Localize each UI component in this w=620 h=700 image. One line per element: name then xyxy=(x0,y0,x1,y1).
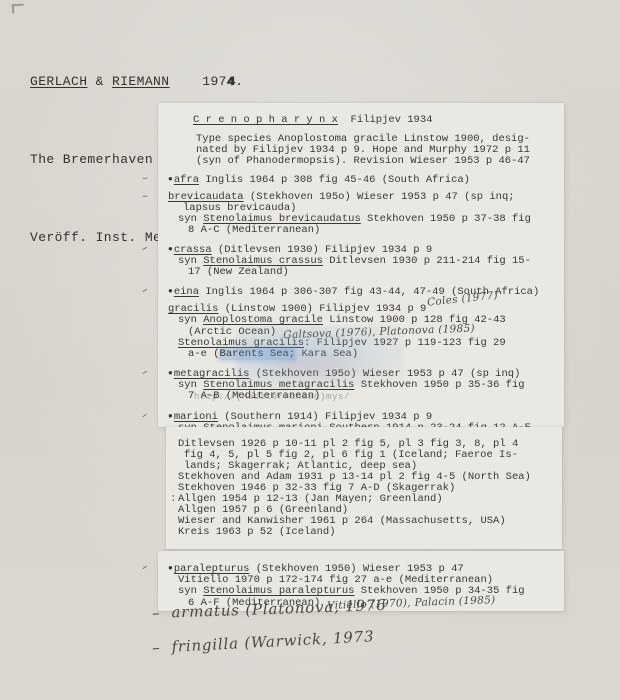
text-line: Kreis 1963 p 52 (Iceland) xyxy=(166,527,562,538)
corner-pencil-mark xyxy=(12,4,25,14)
year-overstruck-digit: 4 xyxy=(227,74,235,89)
genus-heading: C r e n o p h a r y n x xyxy=(193,114,338,126)
typewritten-text: Kreis 1963 p 52 (Iceland) xyxy=(178,526,336,538)
highlighted-text: Barents Sea; xyxy=(220,348,296,360)
typewritten-text: Stekhoven 1950 p 35-36 fig xyxy=(354,379,524,391)
synonym-name: Anoplostoma gracile xyxy=(203,314,323,326)
pasted-slip: C r e n o p h a r y n x Filipjev 1934Typ… xyxy=(158,103,564,427)
typewritten-text: syn xyxy=(178,585,203,597)
spacer xyxy=(169,74,202,89)
pencil-checkmark: – xyxy=(142,192,150,204)
typewritten-text: Ditlevsen 1930 p 211-214 fig 15- xyxy=(323,255,531,267)
typewritten-text: 8 A-C (Mediterranean) xyxy=(188,224,320,236)
text-line: C r e n o p h a r y n x Filipjev 1934 xyxy=(158,115,564,126)
author-name: RIEMANN xyxy=(112,74,169,89)
text-line: (syn of Phanodermopsis). Revision Wieser… xyxy=(158,156,564,167)
handwritten-note: – fringilla (Warwick, 1973 xyxy=(152,627,375,657)
text-line: 17 (New Zealand) xyxy=(158,267,564,278)
typewritten-text: Inglis 1964 p 308 fig 45-46 (South Afric… xyxy=(199,174,470,186)
typewritten-text: Kara Sea) xyxy=(295,348,358,360)
pencil-checkmark: – xyxy=(141,174,149,186)
pencil-checkmark: – xyxy=(140,562,151,575)
ghost-overlay-text: http://(Mediterranean)mys/ xyxy=(194,392,350,403)
authors-line: GERLACH & RIEMANN 1974. xyxy=(30,69,448,95)
species-name: afra xyxy=(174,174,199,186)
text-line: 7 A-B (Mediterranean)http://(Mediterrane… xyxy=(158,391,564,402)
text-line: a-e (Barents Sea; Kara Sea) xyxy=(158,349,564,360)
typewritten-text: Filipjev 1934 xyxy=(338,114,433,126)
pencil-checkmark: – xyxy=(140,285,151,298)
period: . xyxy=(235,74,243,89)
author-name: GERLACH xyxy=(30,74,87,89)
text-line: –●afra Inglis 1964 p 308 fig 45-46 (Sout… xyxy=(158,174,564,186)
pencil-checkmark: : xyxy=(170,494,177,505)
typewritten-text: a-e ( xyxy=(188,348,220,360)
typewritten-text: Stekhoven 1950 p 37-38 fig xyxy=(361,213,531,225)
text-line: syn Anoplostoma gracile Linstow 1900 p 1… xyxy=(158,315,564,326)
typewritten-text: 17 (New Zealand) xyxy=(188,266,289,278)
species-name: eina xyxy=(174,286,199,298)
text-line: –●eina Inglis 1964 p 306-307 fig 43-44, … xyxy=(158,286,564,298)
synonym-name: Stenolaimus paralepturus xyxy=(203,585,354,597)
ampersand: & xyxy=(87,74,112,89)
pasted-slip: Ditlevsen 1926 p 10-11 pl 2 fig 5, pl 3 … xyxy=(166,427,562,549)
typewritten-text: (syn of Phanodermopsis). Revision Wieser… xyxy=(196,155,530,167)
year: 197 xyxy=(202,74,227,89)
pencil-checkmark: – xyxy=(139,410,151,423)
pencil-checkmark: – xyxy=(140,367,151,380)
text-line: syn Stenolaimus paralepturus Stekhoven 1… xyxy=(158,586,564,597)
typewritten-text: syn xyxy=(178,314,203,326)
text-line: 8 A-C (Mediterranean) xyxy=(158,225,564,236)
